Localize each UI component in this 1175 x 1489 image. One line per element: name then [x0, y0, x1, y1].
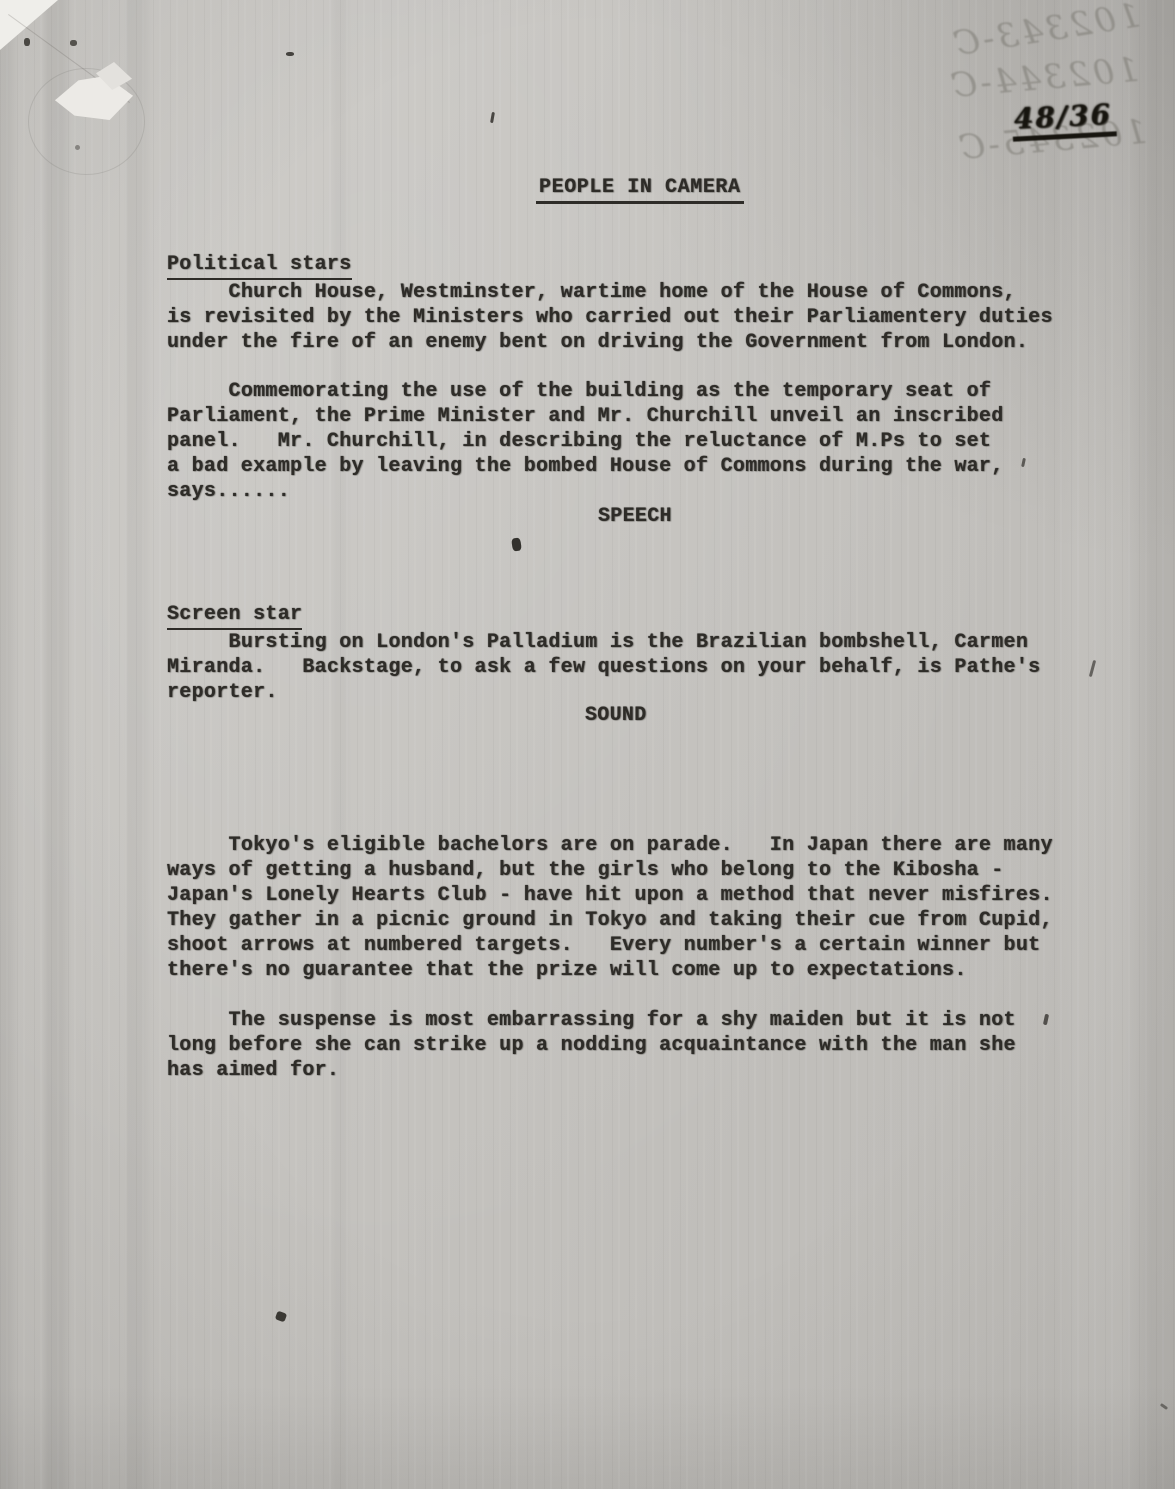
- cue-sound: SOUND: [585, 703, 647, 728]
- paragraph-carmen-miranda: Bursting on London's Palladium is the Br…: [167, 630, 1040, 705]
- handwritten-page-number: 48/36: [1011, 97, 1117, 141]
- paper-speck: [275, 1311, 287, 1323]
- paper-texture-streaks: [0, 0, 1175, 1489]
- stray-mark: [1043, 1014, 1049, 1026]
- paper-speck: [70, 40, 77, 46]
- section-heading-political-stars: Political stars: [167, 252, 352, 280]
- stray-mark: [1021, 458, 1026, 467]
- stray-mark: [511, 537, 522, 551]
- paper-speck: [286, 52, 294, 56]
- paragraph-church-house: Church House, Westminster, wartime home …: [167, 280, 1053, 355]
- paper-vignette: [0, 0, 1175, 1489]
- scanned-document-page: 102343-C 102344-C 102345-C 48/36 PEOPLE …: [0, 0, 1175, 1489]
- stray-mark: [1089, 660, 1096, 677]
- paper-speck: [75, 145, 80, 150]
- paper-speck: [24, 38, 30, 46]
- paragraph-commemorating: Commemorating the use of the building as…: [167, 379, 1004, 504]
- paper-speck: [1160, 1403, 1168, 1410]
- stray-mark: [490, 112, 495, 123]
- paper-texture-bands: [0, 0, 1175, 1489]
- cue-speech: SPEECH: [598, 504, 672, 529]
- paragraph-suspense: The suspense is most embarrassing for a …: [167, 1008, 1016, 1083]
- paragraph-tokyo-bachelors: Tokyo's eligible bachelors are on parade…: [167, 833, 1053, 983]
- section-heading-screen-star: Screen star: [167, 602, 302, 630]
- document-title: PEOPLE IN CAMERA: [536, 175, 744, 204]
